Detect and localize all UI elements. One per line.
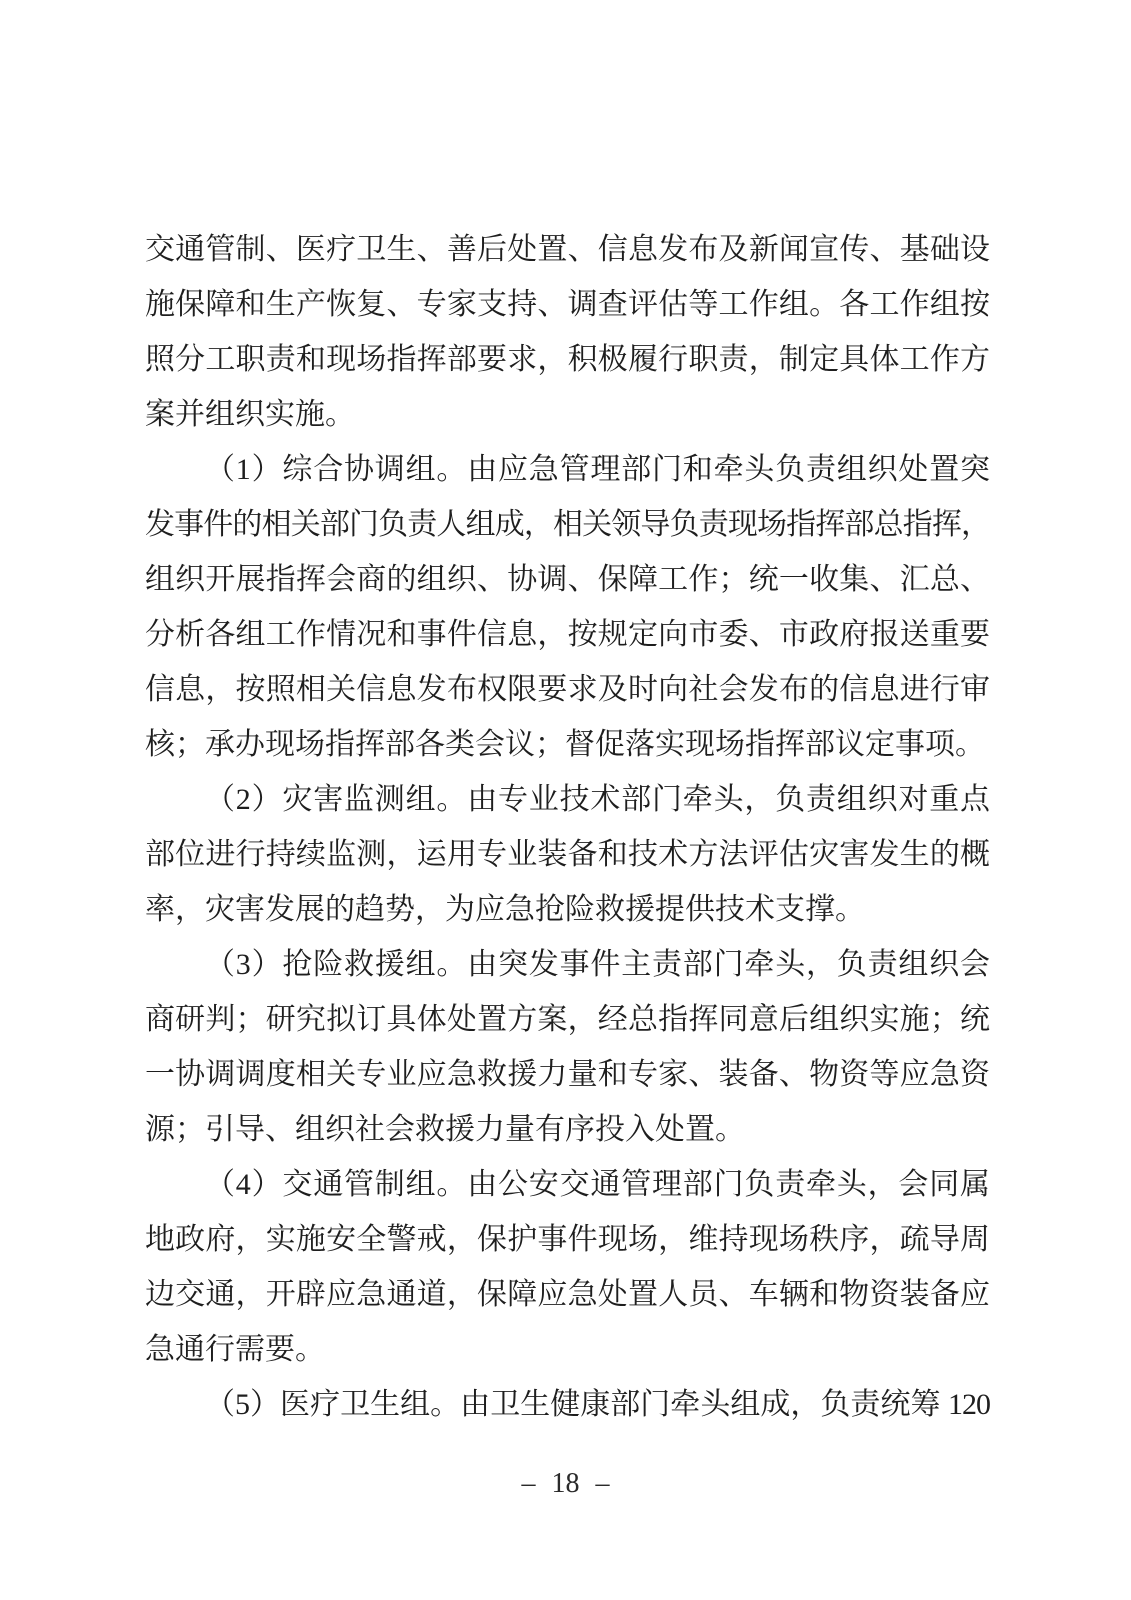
paragraph: （5）医疗卫生组。由卫生健康部门牵头组成，负责统筹 120: [145, 1377, 990, 1432]
text-line: （1）综合协调组。由应急管理部门和牵头负责组织处置突: [145, 442, 990, 497]
paragraph: （1）综合协调组。由应急管理部门和牵头负责组织处置突发事件的相关部门负责人组成，…: [145, 442, 990, 772]
text-line: （2）灾害监测组。由专业技术部门牵头，负责组织对重点: [145, 772, 990, 827]
text-line: 边交通，开辟应急通道，保障应急处置人员、车辆和物资装备应: [145, 1267, 990, 1322]
text-line: （4）交通管制组。由公安交通管理部门负责牵头，会同属: [145, 1157, 990, 1212]
paragraph: （3）抢险救援组。由突发事件主责部门牵头，负责组织会商研判；研究拟订具体处置方案…: [145, 937, 990, 1157]
text-line: 源；引导、组织社会救援力量有序投入处置。: [145, 1102, 990, 1157]
text-line: 地政府，实施安全警戒，保护事件现场，维持现场秩序，疏导周: [145, 1212, 990, 1267]
page-footer: – 18 –: [0, 1466, 1131, 1502]
page-number: – 18 –: [522, 1468, 610, 1499]
text-line: 发事件的相关部门负责人组成，相关领导负责现场指挥部总指挥，: [145, 497, 990, 552]
text-line: 率，灾害发展的趋势，为应急抢险救援提供技术支撑。: [145, 882, 990, 937]
paragraph: （2）灾害监测组。由专业技术部门牵头，负责组织对重点部位进行持续监测，运用专业装…: [145, 772, 990, 937]
paragraph: 交通管制、医疗卫生、善后处置、信息发布及新闻宣传、基础设施保障和生产恢复、专家支…: [145, 222, 990, 442]
text-line: 信息，按照相关信息发布权限要求及时向社会发布的信息进行审: [145, 662, 990, 717]
text-line: 分析各组工作情况和事件信息，按规定向市委、市政府报送重要: [145, 607, 990, 662]
text-line: （5）医疗卫生组。由卫生健康部门牵头组成，负责统筹 120: [145, 1377, 990, 1432]
text-line: 交通管制、医疗卫生、善后处置、信息发布及新闻宣传、基础设: [145, 222, 990, 277]
text-line: 照分工职责和现场指挥部要求，积极履行职责，制定具体工作方: [145, 332, 990, 387]
document-page: 交通管制、医疗卫生、善后处置、信息发布及新闻宣传、基础设施保障和生产恢复、专家支…: [0, 0, 1131, 1600]
document-body: 交通管制、医疗卫生、善后处置、信息发布及新闻宣传、基础设施保障和生产恢复、专家支…: [145, 222, 990, 1432]
text-line: 施保障和生产恢复、专家支持、调查评估等工作组。各工作组按: [145, 277, 990, 332]
text-line: 商研判；研究拟订具体处置方案，经总指挥同意后组织实施；统: [145, 992, 990, 1047]
paragraph: （4）交通管制组。由公安交通管理部门负责牵头，会同属地政府，实施安全警戒，保护事…: [145, 1157, 990, 1377]
text-line: 案并组织实施。: [145, 387, 990, 442]
text-line: 一协调调度相关专业应急救援力量和专家、装备、物资等应急资: [145, 1047, 990, 1102]
text-line: 部位进行持续监测，运用专业装备和技术方法评估灾害发生的概: [145, 827, 990, 882]
text-line: 组织开展指挥会商的组织、协调、保障工作；统一收集、汇总、: [145, 552, 990, 607]
text-line: 急通行需要。: [145, 1322, 990, 1377]
text-line: 核；承办现场指挥部各类会议；督促落实现场指挥部议定事项。: [145, 717, 990, 772]
text-line: （3）抢险救援组。由突发事件主责部门牵头，负责组织会: [145, 937, 990, 992]
